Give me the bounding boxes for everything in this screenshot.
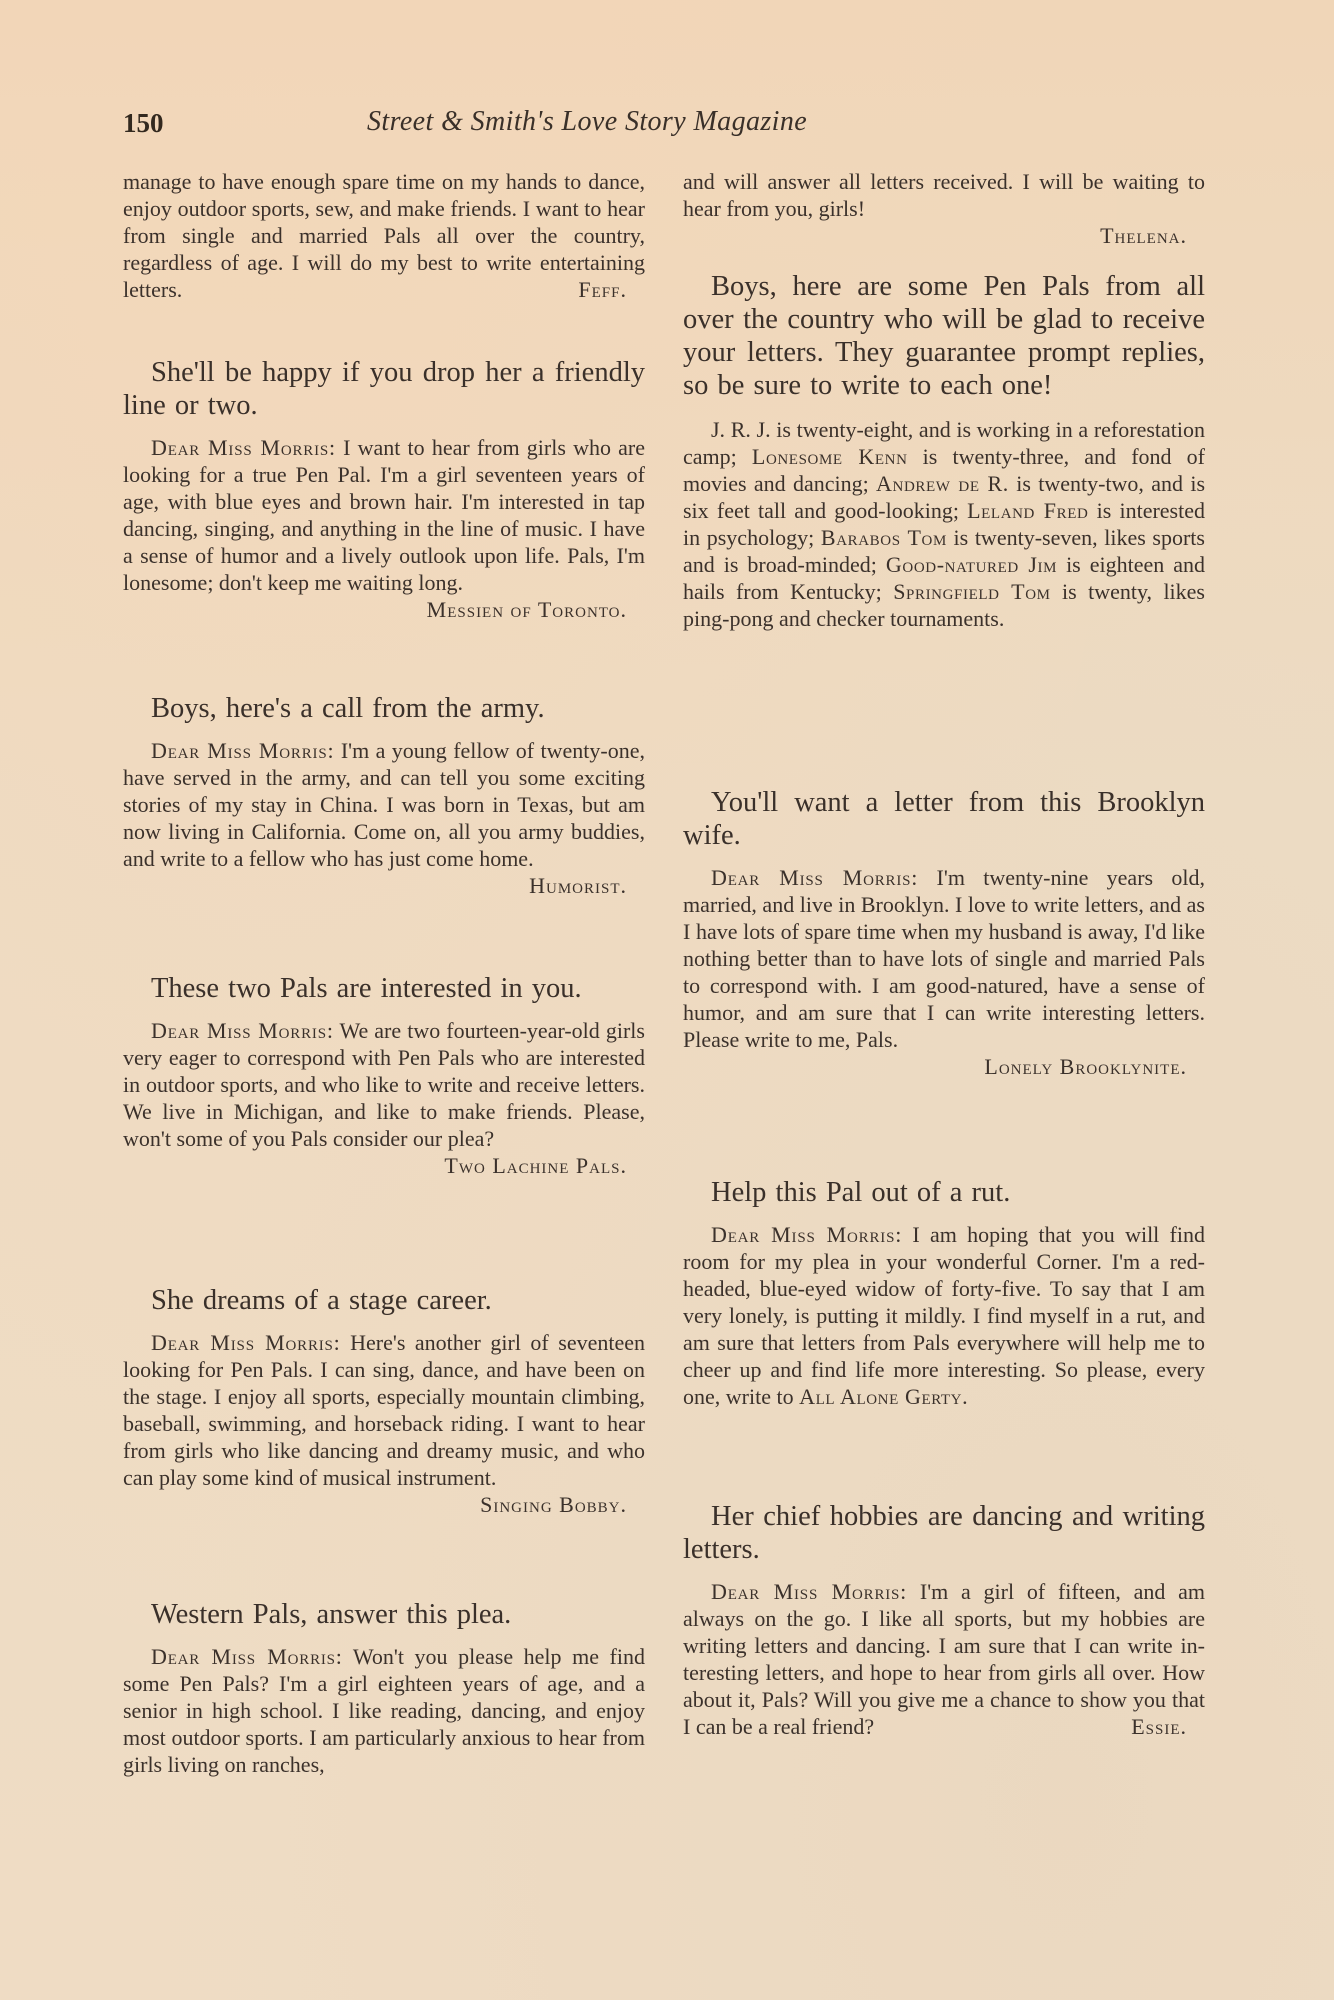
letter-headline: Her chief hobbies are dancing and writin… (683, 1500, 1205, 1566)
page-number: 150 (123, 108, 164, 139)
letter-body: I am hoping that you will find room for … (683, 1222, 1205, 1409)
letter-western-pals: Western Pals, answer this plea. Dear Mis… (123, 1598, 645, 1778)
pen-pal-name: J. R. J. (711, 417, 771, 442)
letter-signature: Humorist. (123, 872, 645, 899)
pen-pal-name: Good-natured Jim (886, 552, 1057, 577)
continued-letter-thelena: and will answer all letters received. I … (683, 168, 1205, 249)
letter-body: and will answer all letters received. I … (683, 168, 1205, 222)
letter-all-alone-gerty: Help this Pal out of a rut. Dear Miss Mo… (683, 1176, 1205, 1410)
pen-pal-name: Barabos Tom (821, 525, 947, 550)
letter-messien-of-toronto: She'll be happy if you drop her a friend… (123, 356, 645, 623)
letter-two-lachine-pals: These two Pals are interested in you. De… (123, 972, 645, 1179)
boys-pen-pals-section: Boys, here are some Pen Pals from all ov… (683, 270, 1205, 632)
letter-headline: She'll be happy if you drop her a friend… (123, 356, 645, 422)
letter-lonely-brooklynite: You'll want a letter from this Brooklyn … (683, 786, 1205, 1080)
letter-salutation: Dear Miss Morris: (151, 1330, 341, 1355)
magazine-page: 150 Street & Smith's Love Story Magazine… (0, 0, 1334, 2000)
letter-headline: These two Pals are interested in you. (123, 972, 645, 1005)
letter-body: manage to have enough spare time on my h… (123, 169, 645, 302)
continued-letter-feff: manage to have enough spare time on my h… (123, 168, 645, 303)
letter-salutation: Dear Miss Morris: (151, 435, 336, 460)
letter-headline: Boys, here's a call from the army. (123, 692, 645, 725)
letter-headline: Western Pals, answer this plea. (123, 1598, 645, 1631)
letter-headline: She dreams of a stage career. (123, 1284, 645, 1317)
letter-signature: Lonely Brooklynite. (683, 1053, 1205, 1080)
section-headline: Boys, here are some Pen Pals from all ov… (683, 270, 1205, 402)
letter-signature: All Alone Gerty. (799, 1384, 968, 1409)
pen-pal-name: Springfield Tom (893, 579, 1050, 604)
letter-salutation: Dear Miss Morris: (711, 1222, 902, 1247)
letter-humorist: Boys, here's a call from the army. Dear … (123, 692, 645, 899)
letter-essie: Her chief hobbies are dancing and writin… (683, 1500, 1205, 1740)
letter-body: I'm twenty-nine years old, married, and … (683, 865, 1205, 1052)
magazine-title: Street & Smith's Love Story Magazine (367, 106, 807, 138)
pen-pal-name: Leland Fred (967, 498, 1088, 523)
letter-salutation: Dear Miss Morris: (151, 738, 334, 763)
pen-pal-name: Andrew de R. (876, 471, 1009, 496)
letter-headline: Help this Pal out of a rut. (683, 1176, 1205, 1209)
letter-salutation: Dear Miss Morris: (711, 1579, 907, 1604)
letter-salutation: Dear Miss Morris: (151, 1018, 334, 1043)
letter-signature: Essie. (1103, 1713, 1187, 1740)
letter-salutation: Dear Miss Morris: (711, 865, 918, 890)
letter-signature: Feff. (578, 276, 627, 303)
pen-pal-name: Lonesome Kenn (752, 444, 908, 469)
running-head: 150 Street & Smith's Love Story Magazine (123, 106, 1208, 140)
letter-signature: Two Lachine Pals. (123, 1152, 645, 1179)
letter-signature: Thelena. (683, 222, 1205, 249)
letter-salutation: Dear Miss Morris: (151, 1644, 343, 1669)
letter-signature: Messien of Toronto. (123, 596, 645, 623)
letter-headline: You'll want a letter from this Brooklyn … (683, 786, 1205, 852)
letter-singing-bobby: She dreams of a stage career. Dear Miss … (123, 1284, 645, 1518)
pen-pal-list: J. R. J. is twenty-eight, and is working… (683, 416, 1205, 632)
letter-signature: Singing Bobby. (123, 1491, 645, 1518)
